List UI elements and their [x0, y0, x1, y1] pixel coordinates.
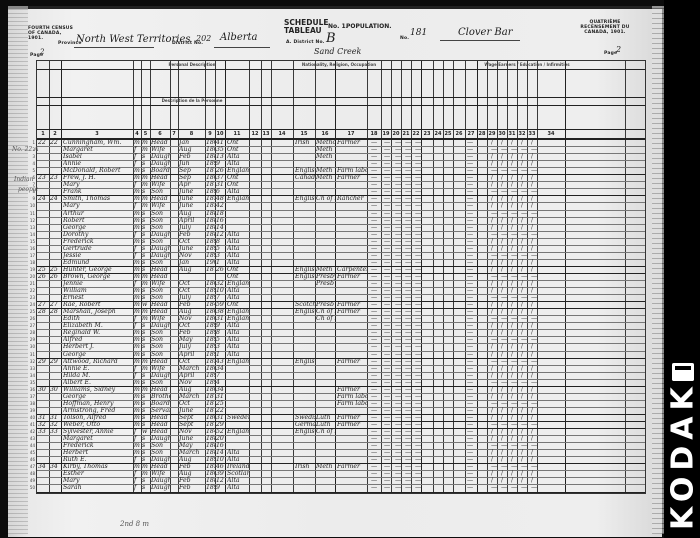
cell-month: Oct	[179, 280, 205, 287]
cell-relation: Wife	[151, 365, 170, 372]
tally-mark: —	[405, 146, 413, 153]
table-row: 45HerbertmsSonMarch188714Alta——————/////	[37, 449, 645, 456]
tally-mark: —	[415, 174, 423, 181]
cell-month: Aug	[179, 308, 205, 315]
cell-status: s	[142, 224, 150, 231]
cell-month: Sep	[179, 167, 205, 174]
cell-month: Jan	[179, 259, 205, 266]
table-row: 48EstherfmWifeAug186139Scotland——————///…	[37, 470, 645, 477]
tally-mark: —	[384, 393, 392, 400]
cell-relation: Head	[151, 463, 170, 470]
tally-mark: —	[405, 188, 413, 195]
tally-mark: —	[415, 470, 423, 477]
cell-birthplace: England	[227, 167, 249, 174]
row-number: 49	[27, 477, 35, 484]
cell-relation: Daughter	[151, 456, 170, 463]
cell-status: w	[142, 428, 150, 435]
cell-birthplace: Ireland	[227, 463, 249, 470]
cell-name: Tolson, Alfred	[63, 414, 133, 421]
tally-mark: —	[405, 153, 413, 160]
tally-mark: /	[501, 329, 509, 336]
tally-mark: /	[511, 266, 519, 273]
cell-religion: Meth	[316, 266, 335, 273]
cell-relation: Head	[151, 308, 170, 315]
tally-mark: /	[521, 351, 529, 358]
tally-mark: /	[491, 414, 499, 421]
column-number: 20	[393, 131, 400, 137]
cell-sex: m	[134, 463, 141, 470]
tally-mark: /	[531, 351, 539, 358]
tally-mark: —	[371, 435, 379, 442]
tally-mark: —	[405, 139, 413, 146]
cell-occupation: Farmer	[337, 414, 367, 421]
tally-mark: —	[415, 210, 423, 217]
tally-mark: —	[467, 322, 475, 329]
tally-mark: —	[467, 202, 475, 209]
tally-mark: —	[531, 379, 539, 386]
tally-mark: /	[501, 259, 509, 266]
cell-relation: Wife	[151, 470, 170, 477]
cell-name: Rae, Robert	[63, 301, 133, 308]
cell-sex: f	[134, 160, 141, 167]
column-number: 5	[144, 131, 147, 137]
tally-mark: —	[415, 393, 423, 400]
tally-mark: —	[415, 139, 423, 146]
tally-mark: —	[511, 167, 519, 174]
cell-birthplace: Scotland	[227, 470, 249, 477]
tally-mark: /	[531, 393, 539, 400]
cell-relation: Head	[151, 273, 170, 280]
table-row: 46Ruth E.fsDaughterAug189010Alta——————//…	[37, 456, 645, 463]
cell-status: s	[142, 442, 150, 449]
cell-month: Aug	[179, 386, 205, 393]
cell-family: 26	[50, 273, 60, 280]
tally-mark: —	[384, 252, 392, 259]
tally-mark: —	[384, 160, 392, 167]
cell-sex: f	[134, 153, 141, 160]
tally-mark: —	[395, 202, 403, 209]
tally-mark: —	[384, 315, 392, 322]
cell-origin: English	[295, 428, 315, 435]
tally-mark: —	[405, 449, 413, 456]
cell-relation: Daughter	[151, 153, 170, 160]
cell-origin: German	[295, 421, 315, 428]
cell-birthplace: Alta	[227, 484, 249, 491]
cell-year: 1870	[206, 393, 215, 400]
tally-mark: —	[395, 245, 403, 252]
tally-mark: /	[531, 280, 539, 287]
table-row: 28Reginald W.msSonFeb18938Alta——————////…	[37, 329, 645, 336]
cell-age: 34	[216, 365, 225, 372]
cell-occupation: Farmer	[337, 421, 367, 428]
cell-status: m	[142, 308, 150, 315]
tally-mark: /	[531, 301, 539, 308]
tally-mark: —	[415, 153, 423, 160]
cell-name: Smith, Thomas	[63, 195, 133, 202]
cell-status: m	[142, 470, 150, 477]
tally-mark: /	[511, 139, 519, 146]
tally-mark: /	[511, 287, 519, 294]
cell-month: Nov	[179, 379, 205, 386]
cell-birthplace: England	[227, 195, 249, 202]
tally-mark: —	[501, 421, 509, 428]
cell-relation: Daughter	[151, 231, 170, 238]
cell-religion: Methodist	[316, 139, 335, 146]
tally-mark: —	[384, 202, 392, 209]
cell-month: May	[179, 442, 205, 449]
cell-occupation: Farmer	[337, 273, 367, 280]
cell-religion: Meth	[316, 174, 335, 181]
tally-mark: —	[521, 167, 529, 174]
column-number: 17	[348, 131, 355, 137]
row-number: 37	[27, 393, 35, 400]
tally-mark: —	[511, 146, 519, 153]
table-row: 26EdithfmWifeNov186931EnglandCh of Eng——…	[37, 315, 645, 322]
tally-mark: —	[371, 456, 379, 463]
tally-mark: —	[415, 435, 423, 442]
cell-month: Sep	[179, 174, 205, 181]
tally-mark: —	[405, 167, 413, 174]
tally-mark: /	[491, 195, 499, 202]
tally-mark: —	[415, 358, 423, 365]
cell-month: Aug	[179, 456, 205, 463]
table-row: 10MaryfmWifeJune185842——————/////	[37, 202, 645, 209]
tally-mark: —	[405, 477, 413, 484]
table-row: 44FrederickmsSonMay188416———————————	[37, 442, 645, 449]
cell-month: Oct	[179, 400, 205, 407]
cell-year: 1890	[206, 456, 215, 463]
cell-relation: Head	[151, 428, 170, 435]
table-row: 423333Sylvester, AnniefwHeadNov184852Eng…	[37, 428, 645, 435]
cell-month: March	[179, 393, 205, 400]
tally-mark: —	[467, 174, 475, 181]
tally-mark: /	[501, 428, 509, 435]
cell-name: George	[63, 351, 133, 358]
cell-status: m	[142, 365, 150, 372]
cell-relation: Wife	[151, 315, 170, 322]
cell-name: Edmund	[63, 259, 133, 266]
tally-mark: /	[521, 470, 529, 477]
cell-occupation: Farmer	[337, 308, 367, 315]
table-row: 13GeorgemsSonJuly188614——————/////	[37, 224, 645, 231]
cell-year: 1884	[206, 442, 215, 449]
cell-family: 33	[50, 428, 60, 435]
tally-mark: —	[467, 365, 475, 372]
cell-name: Gertrude	[63, 245, 133, 252]
tally-mark: /	[491, 372, 499, 379]
row-number: 18	[27, 259, 35, 266]
cell-relation: Son	[151, 259, 170, 266]
tally-mark: —	[395, 322, 403, 329]
cell-month: Aug	[179, 470, 205, 477]
cell-relation: Head	[151, 414, 170, 421]
header-divider	[37, 97, 645, 98]
tally-mark: /	[491, 393, 499, 400]
tally-mark: —	[371, 224, 379, 231]
tally-mark: —	[501, 358, 509, 365]
tally-mark: /	[511, 393, 519, 400]
tally-mark: —	[467, 343, 475, 350]
tally-mark: /	[531, 470, 539, 477]
polling-number: 181	[410, 28, 427, 38]
tally-mark: —	[405, 386, 413, 393]
cell-origin: Irish	[295, 463, 315, 470]
tally-mark: /	[501, 202, 509, 209]
tally-mark: —	[371, 386, 379, 393]
tally-mark: /	[511, 181, 519, 188]
tally-mark: —	[467, 407, 475, 414]
table-row: 12222Cunningham, Wm.mmHeadJan186041OntIr…	[37, 139, 645, 146]
cell-name: Reginald W.	[63, 329, 133, 336]
table-bottom-border	[37, 492, 645, 493]
cell-status: s	[142, 294, 150, 301]
tally-mark: —	[415, 456, 423, 463]
tally-mark: —	[405, 463, 413, 470]
table-row: 21JenniefmWifeOct186832EnglandPresb—————…	[37, 280, 645, 287]
row-number: 48	[27, 470, 35, 477]
tally-mark: /	[511, 153, 519, 160]
cell-birthplace: Alta	[227, 160, 249, 167]
cell-relation: Wife	[151, 280, 170, 287]
column-number: 22	[413, 131, 420, 137]
tally-mark: —	[395, 407, 403, 414]
cell-sex: m	[134, 308, 141, 315]
cell-name: Herbert J.	[63, 343, 133, 350]
tally-mark: —	[467, 456, 475, 463]
tally-mark: —	[501, 231, 509, 238]
cell-status: s	[142, 322, 150, 329]
cell-name: Cunningham, Wm.	[63, 139, 133, 146]
tally-mark: /	[521, 365, 529, 372]
cell-name: Sarah	[63, 484, 133, 491]
cell-family: 22	[50, 139, 60, 146]
cell-sex: m	[134, 336, 141, 343]
cell-sex: m	[134, 393, 141, 400]
tally-mark: —	[415, 336, 423, 343]
tally-mark: —	[415, 245, 423, 252]
cell-sex: m	[134, 414, 141, 421]
tally-mark: /	[531, 287, 539, 294]
tally-mark: —	[405, 238, 413, 245]
tally-mark: —	[467, 287, 475, 294]
tally-mark: —	[467, 414, 475, 421]
cell-age: 7	[216, 372, 225, 379]
tally-mark: /	[501, 217, 509, 224]
tally-mark: —	[491, 400, 499, 407]
tally-mark: /	[491, 266, 499, 273]
tally-mark: —	[395, 195, 403, 202]
column-number: 18	[371, 131, 378, 137]
table-row: 35Albert E.msSonNov18964———————————	[37, 379, 645, 386]
tally-mark: /	[491, 181, 499, 188]
table-row: 14DorothyfsDaughterFeb188912Alta————————…	[37, 231, 645, 238]
tally-mark: /	[491, 287, 499, 294]
cell-name: Mary	[63, 477, 133, 484]
header-divider	[37, 129, 645, 130]
tally-mark: —	[395, 449, 403, 456]
tally-mark: /	[511, 280, 519, 287]
tally-mark: —	[531, 167, 539, 174]
row-number: 31	[27, 351, 35, 358]
tally-mark: —	[491, 188, 499, 195]
cell-sex: m	[134, 188, 141, 195]
tally-mark: —	[371, 442, 379, 449]
cell-relation: Head	[151, 266, 170, 273]
cell-birthplace: Ont	[227, 146, 249, 153]
cell-dwelling: 23	[38, 174, 48, 181]
tally-mark: —	[395, 329, 403, 336]
tally-mark: /	[511, 372, 519, 379]
tally-mark: —	[415, 238, 423, 245]
cell-age: 48	[216, 195, 225, 202]
cell-year: 1891	[206, 322, 215, 329]
tally-mark: —	[521, 315, 529, 322]
tally-mark: /	[531, 308, 539, 315]
cell-status: m	[142, 202, 150, 209]
tally-mark: /	[511, 301, 519, 308]
kodak-logo: KODAK	[668, 290, 698, 530]
polling-label: No.	[400, 36, 409, 41]
tally-mark: /	[491, 428, 499, 435]
tally-mark: /	[491, 351, 499, 358]
column-number: 10	[217, 131, 224, 137]
tally-mark: —	[384, 217, 392, 224]
table-row: 3IsabelfsDaughterFeb188813AltaMeth——————…	[37, 153, 645, 160]
cell-month: Jun	[179, 160, 205, 167]
cell-year: 1860	[206, 139, 215, 146]
cell-relation: Wife	[151, 202, 170, 209]
tally-mark: —	[405, 456, 413, 463]
tally-mark: —	[384, 224, 392, 231]
table-row: 17JessiefsDaughterNov18973Alta——————————…	[37, 252, 645, 259]
margin-note-bottom: 2nd 8 m	[120, 520, 149, 528]
cell-relation: Son	[151, 210, 170, 217]
tally-mark: —	[467, 463, 475, 470]
tally-mark: —	[415, 252, 423, 259]
tally-mark: —	[371, 167, 379, 174]
tally-mark: /	[501, 322, 509, 329]
cell-age: 18	[216, 210, 225, 217]
section-personal-description: Personal Description	[117, 63, 267, 67]
cell-age: 9	[216, 484, 225, 491]
cell-age: 22	[216, 407, 225, 414]
header-divider	[37, 105, 645, 106]
cell-year: 1869	[206, 315, 215, 322]
cell-age: 12	[216, 477, 225, 484]
cell-status: m	[142, 280, 150, 287]
tally-mark: /	[511, 329, 519, 336]
tally-mark: —	[467, 435, 475, 442]
cell-month: Aug	[179, 266, 205, 273]
row-number: 28	[27, 329, 35, 336]
tally-mark: —	[501, 400, 509, 407]
tally-mark: —	[491, 294, 499, 301]
row-number: 4	[27, 160, 35, 167]
tally-mark: —	[415, 449, 423, 456]
tally-mark: —	[371, 287, 379, 294]
tally-mark: —	[467, 280, 475, 287]
cell-age: 42	[216, 202, 225, 209]
tally-mark: /	[501, 174, 509, 181]
tally-mark: —	[491, 358, 499, 365]
cell-religion: Ch of Eng	[316, 308, 335, 315]
tally-mark: —	[371, 139, 379, 146]
tally-mark: —	[467, 259, 475, 266]
cell-month: Sept	[179, 414, 205, 421]
tally-mark: —	[511, 442, 519, 449]
tally-mark: —	[467, 160, 475, 167]
tally-mark: /	[531, 414, 539, 421]
tally-mark: —	[395, 393, 403, 400]
tally-mark: —	[467, 210, 475, 217]
cell-sex: f	[134, 181, 141, 188]
tally-mark: /	[521, 238, 529, 245]
tally-mark: —	[384, 463, 392, 470]
cell-origin: English	[295, 167, 315, 174]
tally-mark: /	[531, 139, 539, 146]
cell-age: 43	[216, 358, 225, 365]
tally-mark: —	[491, 273, 499, 280]
cell-age: 26	[216, 266, 225, 273]
tally-mark: —	[415, 181, 423, 188]
tally-mark: —	[415, 379, 423, 386]
cell-age: 14	[216, 224, 225, 231]
cell-sex: m	[134, 287, 141, 294]
cell-birthplace: Alta	[227, 259, 249, 266]
tally-mark: —	[384, 231, 392, 238]
cell-year: 1863	[206, 174, 215, 181]
cell-religion: Presby	[316, 273, 335, 280]
tally-mark: —	[384, 301, 392, 308]
tally-mark: —	[415, 365, 423, 372]
cell-name: Ruth E.	[63, 456, 133, 463]
tally-mark: /	[491, 202, 499, 209]
tally-mark: —	[405, 259, 413, 266]
tally-mark: /	[491, 238, 499, 245]
tally-mark: —	[395, 224, 403, 231]
table-row: 43MargaretfsDaughterJune188020——————////…	[37, 435, 645, 442]
cell-birthplace: Alta	[227, 231, 249, 238]
cell-status: s	[142, 435, 150, 442]
tally-mark: /	[501, 386, 509, 393]
tally-mark: /	[531, 435, 539, 442]
tally-mark: —	[501, 210, 509, 217]
tally-mark: —	[467, 294, 475, 301]
cell-month: July	[179, 294, 205, 301]
cell-age: 35	[216, 146, 225, 153]
cell-sex: f	[134, 280, 141, 287]
row-number: 34	[27, 372, 35, 379]
cell-family: 28	[50, 308, 60, 315]
tally-mark: —	[467, 386, 475, 393]
tally-mark: —	[395, 174, 403, 181]
cell-status: s	[142, 336, 150, 343]
cell-month: March	[179, 449, 205, 456]
cell-name: Isabel	[63, 153, 133, 160]
tally-mark: /	[511, 343, 519, 350]
cell-age: 6	[216, 188, 225, 195]
cell-age: 3	[216, 252, 225, 259]
tally-mark: —	[384, 146, 392, 153]
tally-mark: /	[491, 139, 499, 146]
cell-sex: m	[134, 195, 141, 202]
tally-mark: /	[511, 174, 519, 181]
tally-mark: /	[501, 407, 509, 414]
tally-mark: —	[405, 266, 413, 273]
tally-mark: —	[511, 294, 519, 301]
tally-mark: /	[501, 139, 509, 146]
tally-mark: —	[491, 484, 499, 491]
